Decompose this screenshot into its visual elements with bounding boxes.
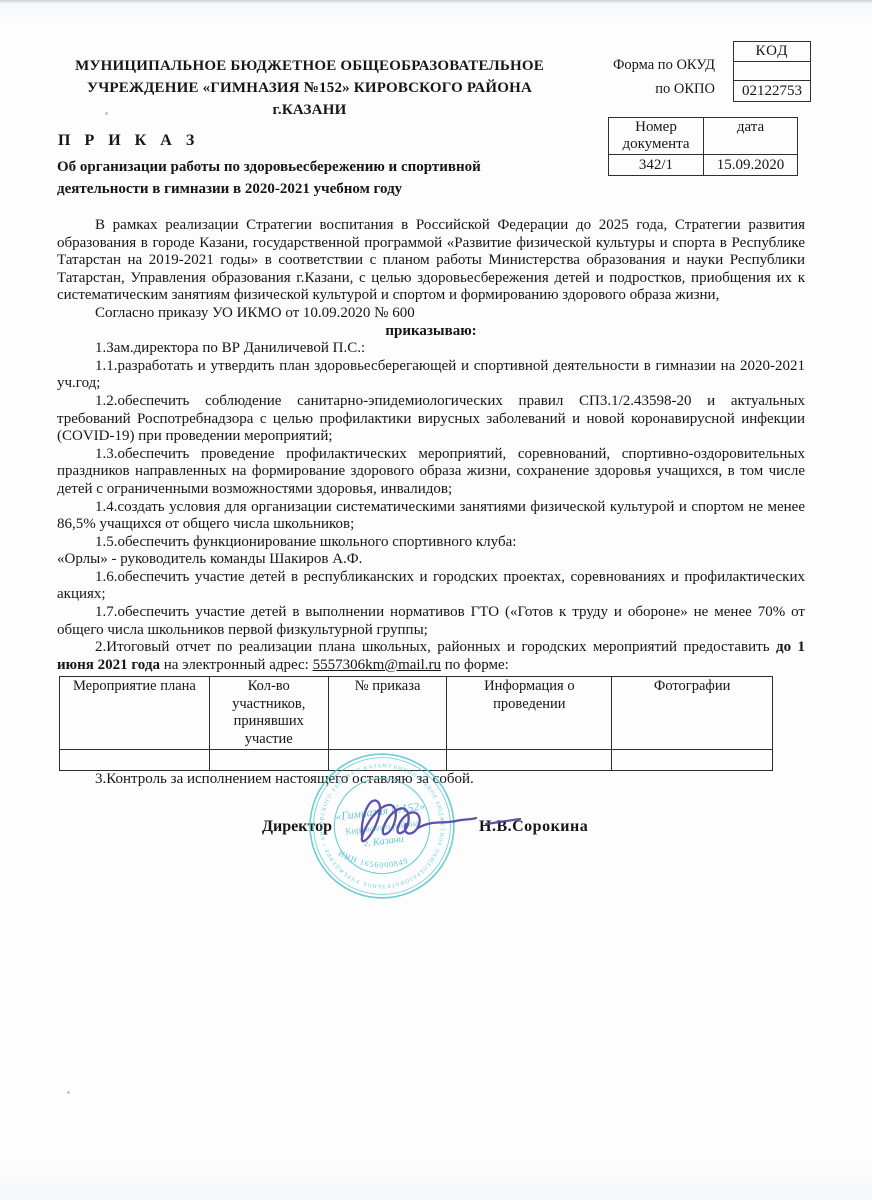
scanned-order-document: МУНИЦИПАЛЬНОЕ БЮДЖЕТНОЕ ОБЩЕОБРАЗОВАТЕЛЬ… [0,0,872,1200]
paragraph-item-2: 2.Итоговый отчет по реализации плана шко… [57,639,805,674]
col-participants: Кол-во участников, принявших участие [209,677,328,750]
scan-speck [67,1091,70,1094]
empty-cell [60,750,210,771]
order-body: В рамках реализации Стратегии воспитания… [57,217,805,789]
okud-code-cell [733,61,811,81]
meta-value-row: 342/1 15.09.2020 [609,155,798,176]
paragraph-item-1-6: 1.6.обеспечить участие детей в республик… [57,569,805,604]
empty-cell [447,750,612,771]
meta-header-row: Номер документа дата [609,118,798,155]
number-header-cell: Номер документа [609,118,704,155]
order-number-value: 342/1 [609,155,704,176]
empty-cell [612,750,773,771]
organization-name: МУНИЦИПАЛЬНОЕ БЮДЖЕТНОЕ ОБЩЕОБРАЗОВАТЕЛЬ… [57,55,562,121]
okpo-label: по ОКПО [560,81,715,98]
col-order-number: № приказа [328,677,447,750]
code-box-title: КОД [733,41,811,62]
code-box: КОД 02122753 [733,41,811,102]
order-title: П Р И К А З [58,132,199,150]
item-2-text: 2.Итоговый отчет по реализации плана шко… [95,639,776,655]
paragraph-item-1-5: 1.5.обеспечить функционирование школьног… [57,534,805,552]
paragraph-order-word: приказываю: [57,323,805,341]
org-name-line2: УЧРЕЖДЕНИЕ «ГИМНАЗИЯ №152» КИРОВСКОГО РА… [57,77,562,121]
paragraph-item-1-3: 1.3.обеспечить проведение профилактическ… [57,446,805,499]
order-subject: Об организации работы по здоровьесбереже… [57,157,617,200]
okud-label: Форма по ОКУД [560,57,715,74]
order-subject-line2: деятельности в гимназии в 2020-2021 учеб… [57,179,617,201]
paragraph-item-1-1: 1.1.разработать и утвердить план здоровь… [57,358,805,393]
order-number-date-table: Номер документа дата 342/1 15.09.2020 [608,117,798,176]
item-2-text-post: по форме: [441,657,509,673]
paragraph-club: «Орлы» - руководитель команды Шакиров А.… [57,551,805,569]
order-subject-line1: Об организации работы по здоровьесбереже… [57,157,617,179]
director-signature [338,778,538,868]
paragraph-basis: Согласно приказу УО ИКМО от 10.09.2020 №… [57,305,805,323]
report-table-header-row: Мероприятие плана Кол-во участников, при… [60,677,773,750]
item-2-text-mid: на электронный адрес: [160,657,313,673]
col-photos: Фотографии [612,677,773,750]
scan-edge [0,0,872,3]
paragraph-item-1-4: 1.4.создать условия для организации сист… [57,499,805,534]
paragraph-preamble: В рамках реализации Стратегии воспитания… [57,217,805,305]
date-header-cell: дата [703,118,797,155]
okpo-code-cell: 02122753 [733,80,811,102]
org-name-line1: МУНИЦИПАЛЬНОЕ БЮДЖЕТНОЕ ОБЩЕОБРАЗОВАТЕЛЬ… [57,55,562,77]
paragraph-item-1-2: 1.2.обеспечить соблюдение санитарно-эпид… [57,393,805,446]
order-date-value: 15.09.2020 [703,155,797,176]
paragraph-item-1-7: 1.7.обеспечить участие детей в выполнени… [57,604,805,639]
scan-speck [105,112,108,115]
col-info: Информация о проведении [447,677,612,750]
form-code-labels: Форма по ОКУД по ОКПО [560,57,715,98]
paragraph-item-1: 1.Зам.директора по ВР Даниличевой П.С.: [57,340,805,358]
col-event: Мероприятие плана [60,677,210,750]
email-address: 5557306km@mail.ru [313,657,441,673]
